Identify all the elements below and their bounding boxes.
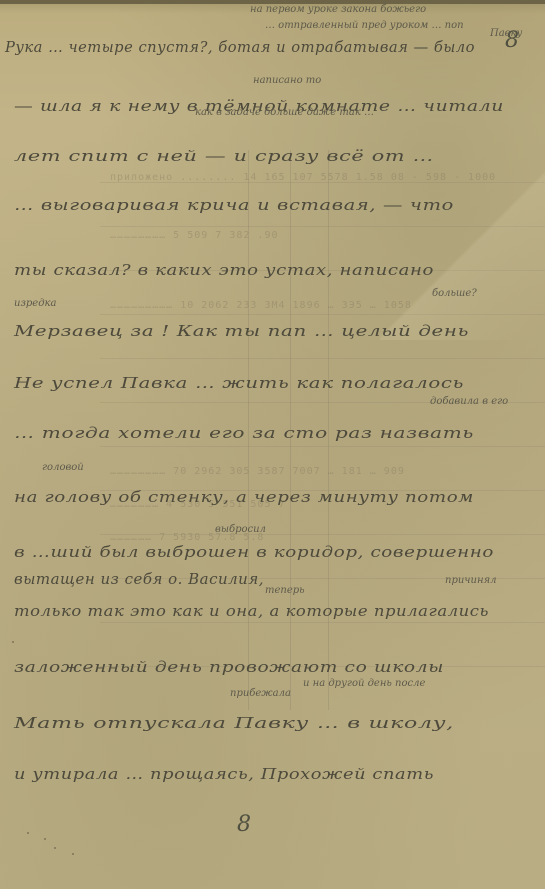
- handwritten-line: … тогда хотели его за сто раз назвать: [14, 424, 474, 442]
- manuscript-page: приложено ........ 14 165 107 5578 1.58 …: [0, 0, 545, 889]
- handwritten-line: Не успел Павка … жить как полагалось: [14, 374, 464, 392]
- interlinear-annotation: прибежала: [230, 688, 291, 699]
- interlinear-annotation: написано то: [253, 75, 321, 86]
- handwritten-line: вытащен из себя о. Василия,: [14, 570, 264, 588]
- handwritten-line: в …ший был выброшен в коридор, совершенн…: [14, 543, 494, 561]
- interlinear-annotation: и на другой день после: [303, 678, 425, 689]
- handwritten-line: лет спит с ней — и сразу всё от …: [14, 147, 434, 165]
- interlinear-annotation: выбросил: [215, 524, 266, 535]
- interlinear-annotation: теперь: [265, 585, 305, 596]
- handwritten-line: Мать отпускала Павку … в школу,: [14, 714, 454, 732]
- handwritten-line: ты сказал? в каких это устах, написано: [14, 261, 434, 279]
- interlinear-annotation: изредка: [14, 298, 57, 309]
- handwritten-line: Рука … четыре спустя?, ботая и отрабатыв…: [5, 38, 475, 56]
- handwritten-line: Мерзавец за ! Как ты пап … целый день: [14, 322, 469, 340]
- interlinear-annotation: добавила в его: [430, 396, 508, 407]
- page-number-bottom: 8: [237, 812, 251, 837]
- interlinear-annotation: причинял: [445, 575, 497, 586]
- handwritten-line: только так это как и она, а которые прил…: [14, 602, 489, 620]
- bleed-through-row: …………………… 70 2962 305 3587 7007 … 181 … 9…: [110, 466, 405, 477]
- interlinear-annotation: на первом уроке закона божьего: [250, 4, 426, 15]
- interlinear-annotation: головой: [42, 462, 84, 473]
- interlinear-annotation: … отправленный пред уроком … поп: [265, 20, 464, 31]
- handwritten-line: на голову об стенку, а через минуту пото…: [14, 488, 474, 506]
- bleed-through-row: …………………… 5 509 7 382 .90: [110, 230, 279, 241]
- interlinear-annotation: как в задаче больше даже так …: [195, 107, 374, 118]
- interlinear-annotation: больше?: [432, 288, 477, 299]
- bleed-through-row: ……………………… 10 2062 2ЗЗ ЗМ4 1896 … ЗЭ5 … 1…: [110, 300, 412, 311]
- handwritten-line: заложенный день провожают со школы: [14, 658, 444, 676]
- handwritten-line: … выговаривая крича и вставая, — что: [14, 196, 454, 214]
- bleed-through-row: приложено ........ 14 165 107 5578 1.58 …: [110, 172, 496, 183]
- interlinear-annotation: Павку: [490, 28, 522, 39]
- handwritten-line: и утирала … прощаясь, Прохожей спать: [14, 765, 434, 783]
